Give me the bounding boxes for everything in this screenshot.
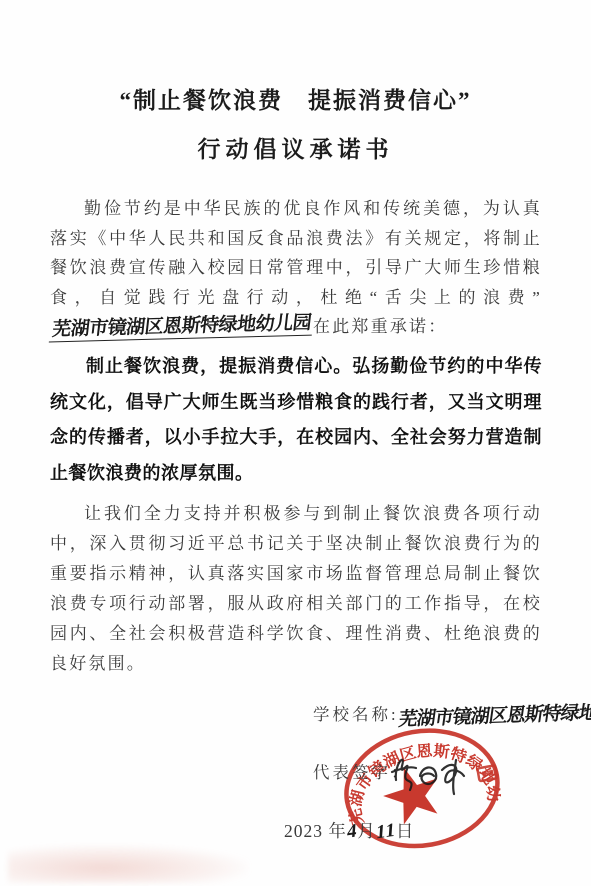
handwritten-signature-scribble: [386, 746, 476, 806]
paragraph-intro-pre: 勤俭节约是中华民族的优良作风和传统美德，为认真落实《中华人民共和国反食品浪费法》…: [50, 199, 542, 307]
scan-smudge-artifact: [8, 845, 248, 883]
scanned-commitment-letter: “制止餐饮浪费 提振消费信心” 行动倡议承诺书 勤俭节约是中华民族的优良作风和传…: [0, 0, 591, 886]
date-day-unit: 日: [396, 821, 415, 841]
date-line: 2023 年4月11日: [284, 818, 414, 843]
paragraph-action: 让我们全力支持并积极参与到制止餐饮浪费各项行动中，深入贯彻习近平总书记关于坚决制…: [50, 499, 542, 679]
date-day-handwritten: 11: [375, 819, 396, 844]
date-month-unit: 月: [357, 821, 376, 841]
handwritten-school-name-inline: 芜湖市镜湖区恩斯特绿地幼儿园: [49, 314, 314, 343]
paragraph-intro-post: 在此郑重承诺：: [313, 317, 447, 336]
paragraph-intro: 勤俭节约是中华民族的优良作风和传统美德，为认真落实《中华人民共和国反食品浪费法》…: [50, 194, 542, 342]
paragraph-commitment-bold: 制止餐饮浪费，提振消费信心。弘扬勤俭节约的中华传统文化，倡导广大师生既当珍惜粮食…: [50, 349, 542, 491]
document-title-line2: 行动倡议承诺书: [0, 131, 591, 164]
date-month-handwritten: 4: [346, 820, 358, 844]
date-year: 2023 年: [284, 821, 347, 841]
document-title-line1: “制止餐饮浪费 提振消费信心”: [0, 82, 591, 115]
